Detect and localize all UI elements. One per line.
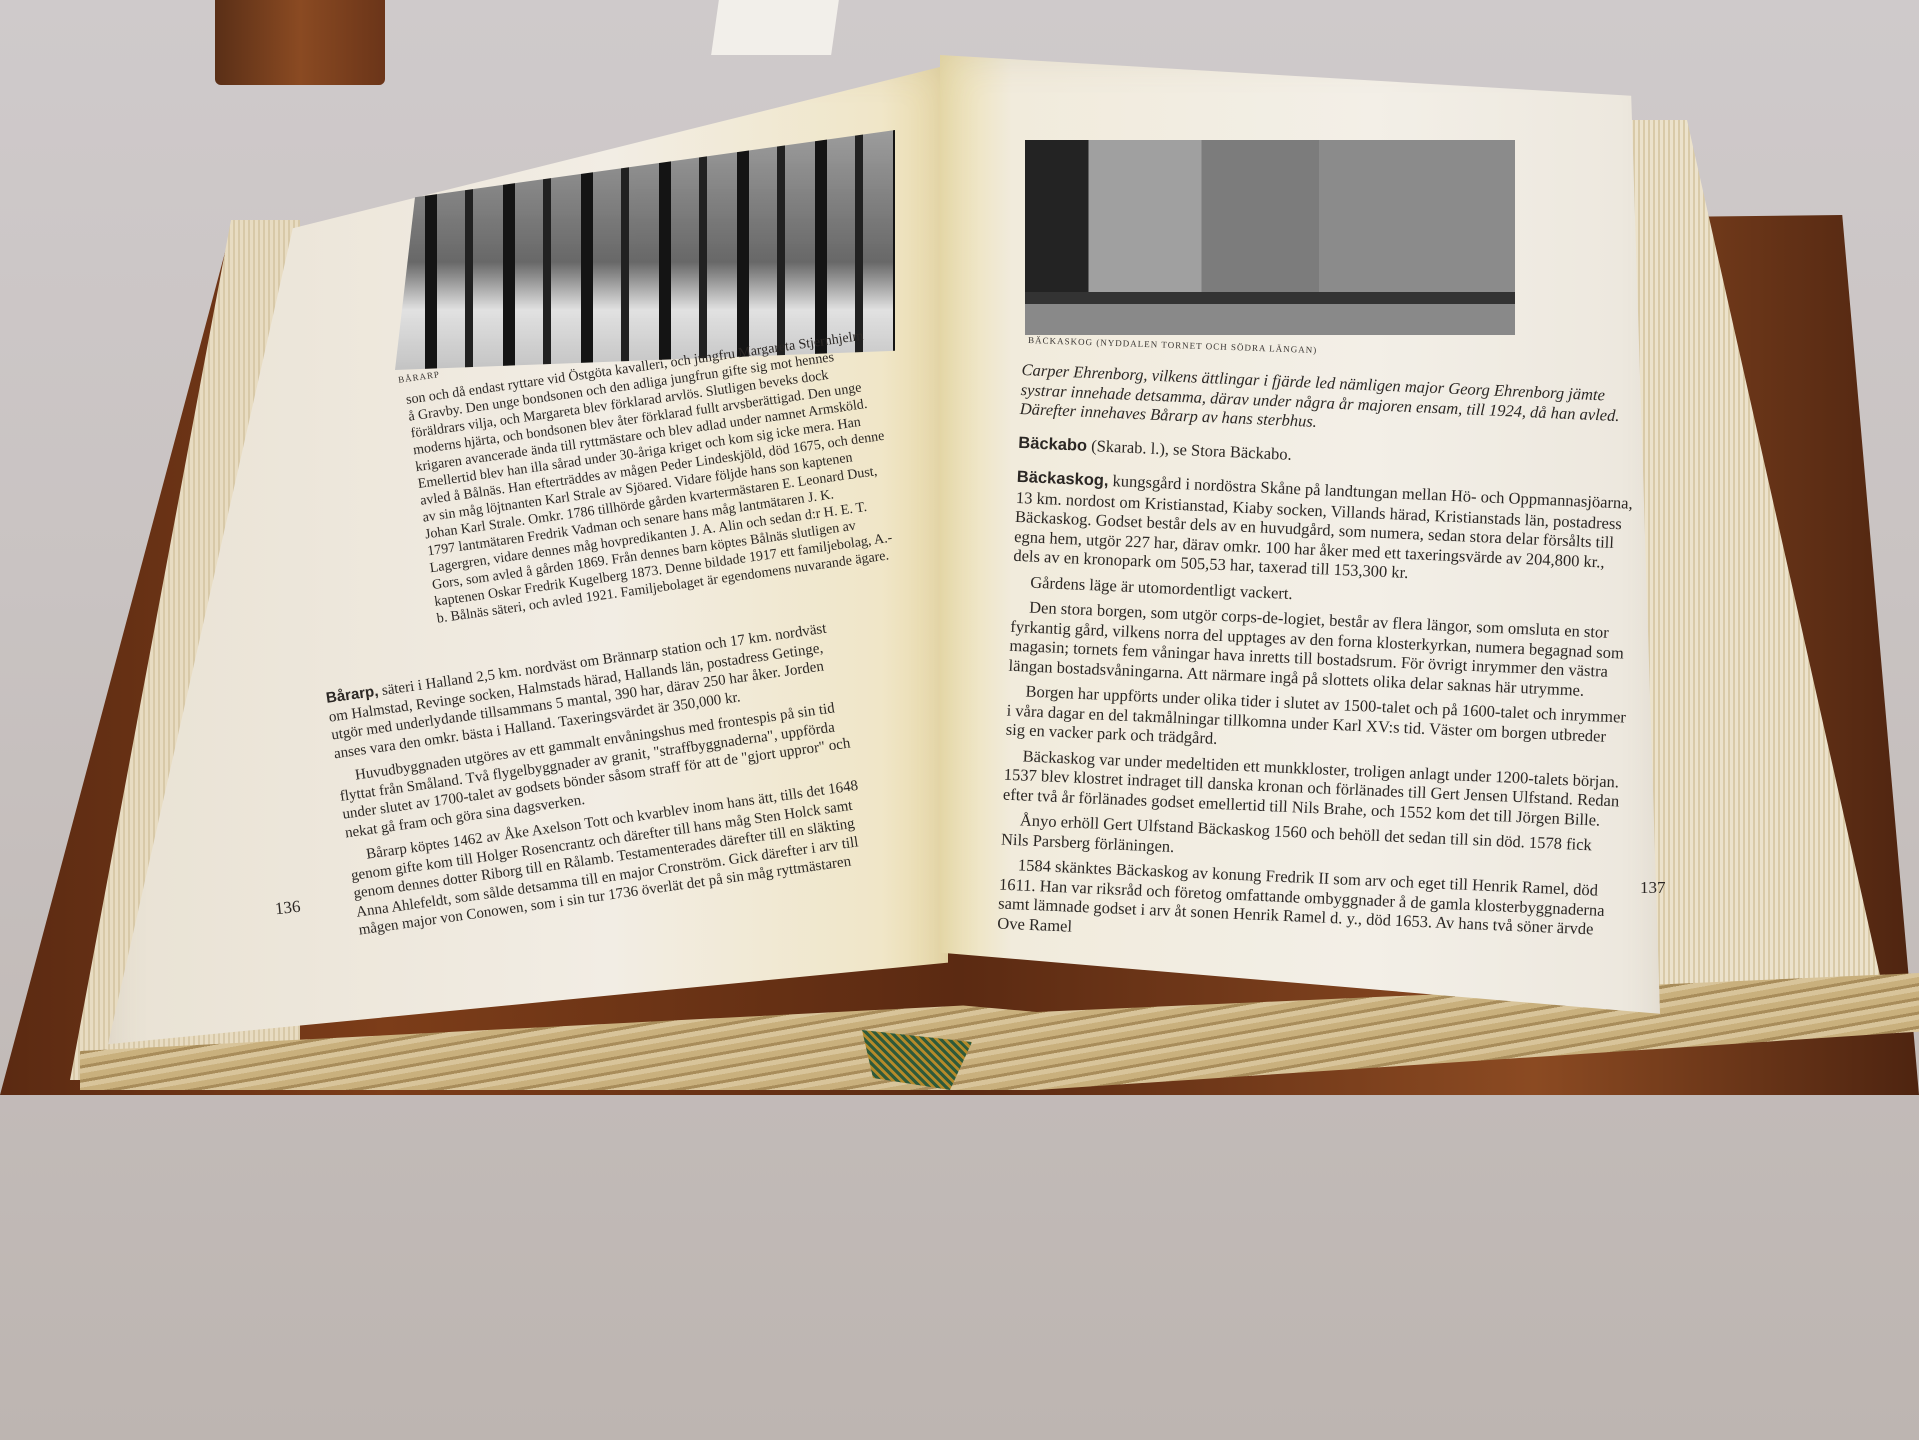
headword-backabo: Bäckabo [1018,433,1088,454]
background-book [215,0,385,85]
background-paper-strip [711,0,839,55]
right-page-body: Carper Ehrenborg, vilkens ättlingar i fj… [997,360,1642,965]
photo-backaskog-castle [1025,140,1515,335]
backabo-text: (Skarab. l.), se Stora Bäckabo. [1091,436,1292,464]
page-number-right: 137 [1640,878,1666,898]
page-number-left: 136 [274,897,301,920]
headword-backaskog: Bäckaskog, [1017,468,1109,490]
